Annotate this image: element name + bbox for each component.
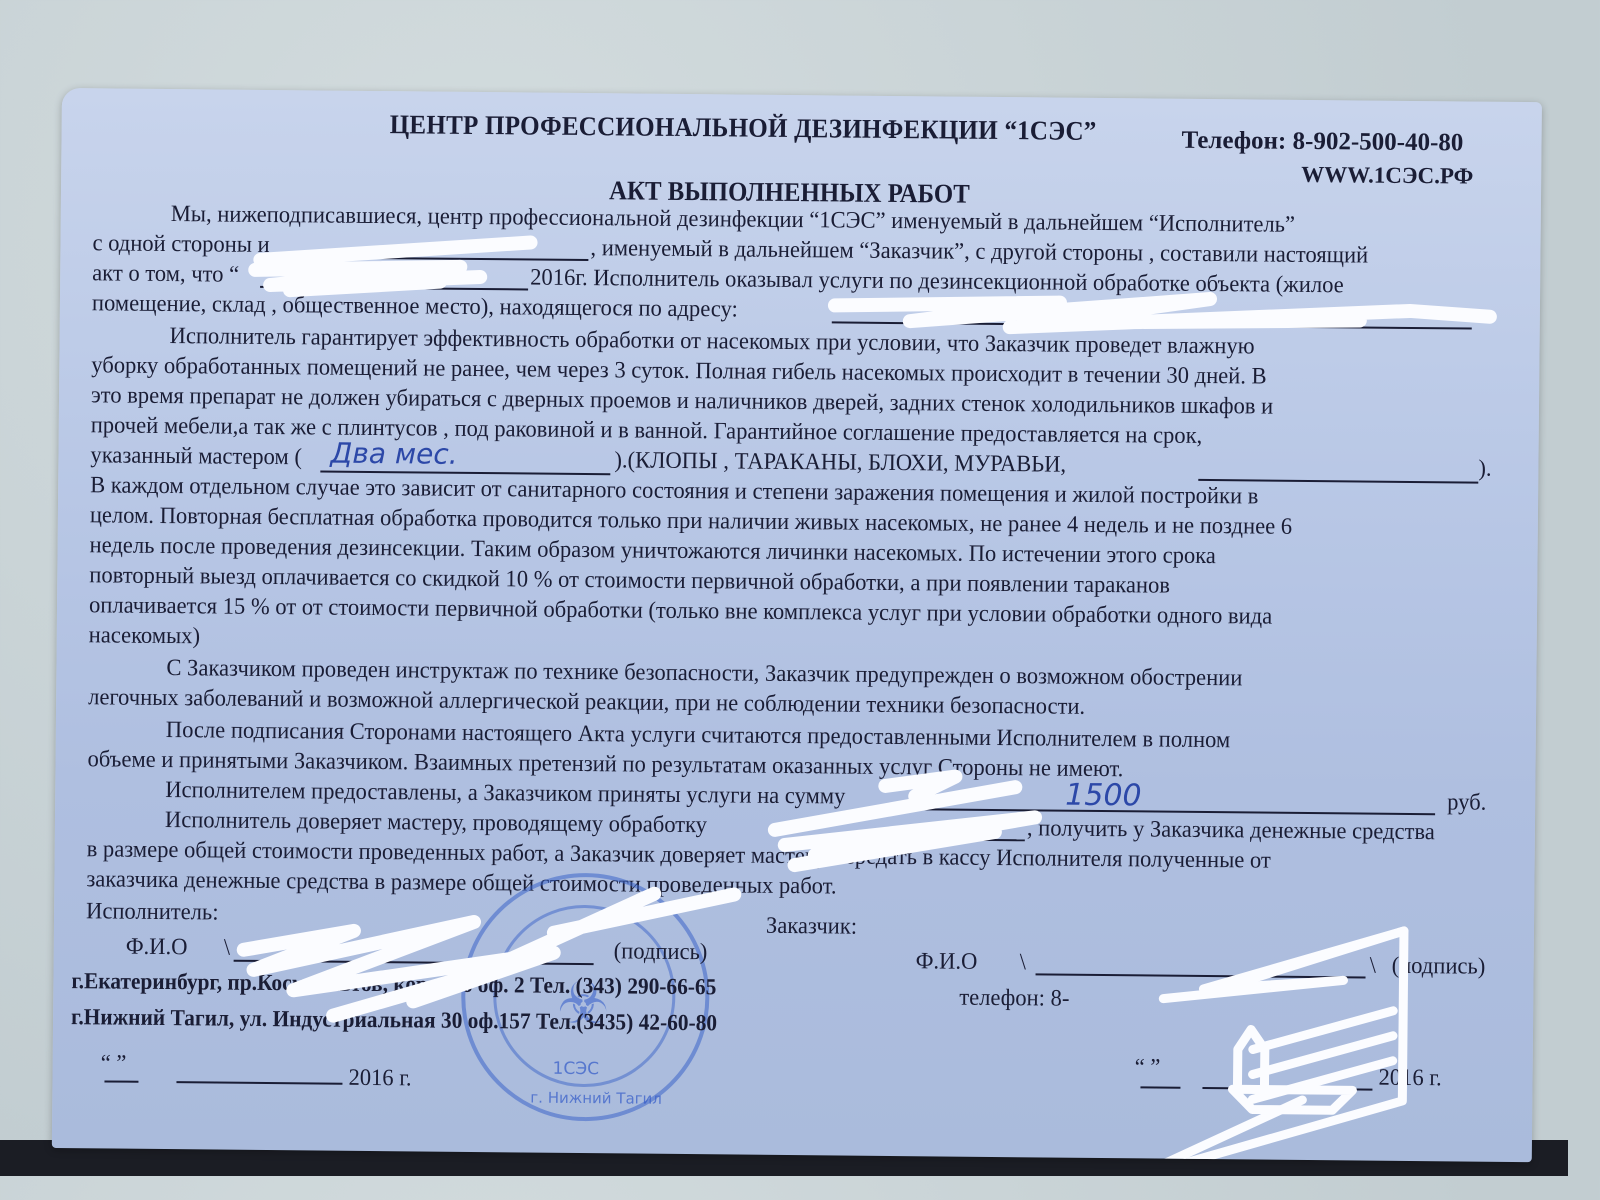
customer-label: Заказчик: (766, 913, 857, 941)
document-sheet: ЦЕНТР ПРОФЕССИОНАЛЬНОЙ ДЕЗИНФЕКЦИИ “1СЭС… (52, 88, 1542, 1162)
paragraph-line: , получить у Заказчика денежные средства (1027, 815, 1435, 846)
paragraph-line: помещение, склад , общественное место), … (92, 290, 738, 323)
stamp-name: 1СЭС (553, 1059, 600, 1079)
customer-fio-field (1036, 973, 1366, 978)
date-day-left: “ ” (101, 1050, 127, 1077)
customer-signature-label: (подпись) (1392, 953, 1486, 981)
date-day-field-right (1140, 1086, 1180, 1088)
executor-label: Исполнитель: (86, 898, 219, 926)
paragraph-line: ). (1478, 456, 1491, 483)
paragraph-line: с одной стороны и (92, 230, 269, 259)
handwritten-warranty-term: Два мес. (330, 437, 457, 471)
header-phone: Телефон: 8-902-500-40-80 (1181, 127, 1463, 158)
date-year-right: 2016 г. (1378, 1065, 1441, 1093)
executor-fio-slash: \ (224, 935, 231, 962)
amount-field (875, 808, 1435, 815)
paragraph-line: заказчика денежные средства в размере об… (86, 866, 836, 900)
paragraph-line: указанный мастером ( (90, 442, 302, 471)
master-name-field (825, 837, 1025, 841)
customer-name-field (298, 256, 588, 261)
customer-fio-slash: \ (1020, 949, 1027, 976)
customer-sig-slash: \ (1370, 953, 1377, 980)
handwritten-amount: 1500 (1065, 778, 1142, 814)
stamp-city: г. Нижний Тагил (530, 1089, 662, 1108)
address-field (832, 321, 1472, 329)
date-month-field-left (176, 1081, 342, 1085)
paragraph-line: легочных заболеваний и возможной аллерги… (88, 684, 1085, 721)
customer-fio-label: Ф.И.О (916, 948, 978, 976)
date-field (260, 286, 528, 291)
paragraph-line: Мы, нижеподписавшиеся, центр профессиона… (171, 201, 1295, 239)
paragraph-line: акт о том, что “ (92, 260, 239, 288)
paragraph-line: 2016г. Исполнитель оказывал услуги по де… (530, 265, 1344, 300)
date-month-field-right (1202, 1087, 1372, 1091)
address-ekaterinburg: г.Екатеринбург, пр.Космонавтов, корп. 96… (71, 968, 716, 1000)
date-day-field-left (104, 1080, 138, 1082)
executor-fio-label: Ф.И.О (126, 934, 188, 962)
currency-label: руб. (1447, 789, 1486, 816)
date-year-left: 2016 г. (348, 1065, 411, 1093)
paragraph-line: ).(КЛОПЫ , ТАРАКАНЫ, БЛОХИ, МУРАВЬИ, (614, 447, 1066, 478)
paragraph-line: , именуемый в дальнейшем “Заказчик”, с д… (590, 235, 1368, 269)
document-title: АКТ ВЫПОЛНЕННЫХ РАБОТ (609, 175, 970, 209)
executor-signature-label: (подпись) (614, 938, 708, 966)
paragraph-line: Исполнителем предоставлены, а Заказчиком… (165, 777, 845, 811)
address-nizhny-tagil: г.Нижний Тагил, ул. Индустриальная 30 оф… (71, 1004, 717, 1036)
organization-name: ЦЕНТР ПРОФЕССИОНАЛЬНОЙ ДЕЗИНФЕКЦИИ “1СЭС… (390, 109, 1097, 147)
header-website: WWW.1СЭС.РФ (1301, 162, 1473, 190)
customer-phone-label: телефон: 8- (959, 985, 1069, 1013)
paragraph-line: Исполнитель доверяет мастеру, проводящем… (165, 807, 707, 839)
paragraph-line: насекомых) (89, 622, 201, 650)
date-day-right: “ ” (1135, 1054, 1161, 1081)
